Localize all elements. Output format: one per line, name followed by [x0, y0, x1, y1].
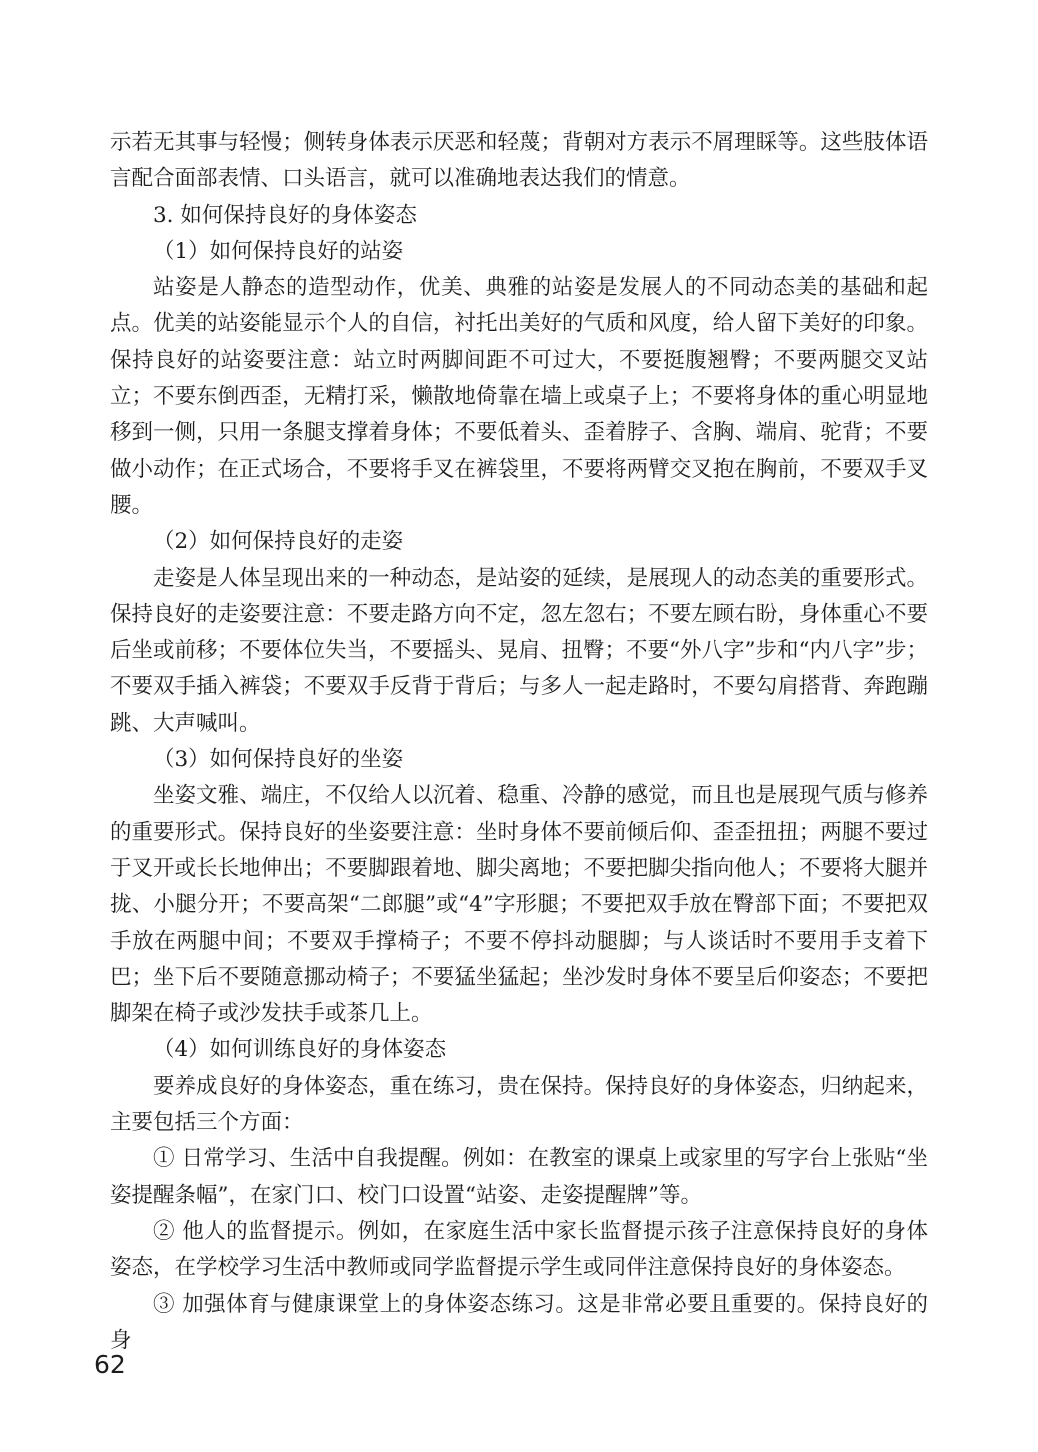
paragraph: ① 日常学习、生活中自我提醒。例如：在教室的课桌上或家里的写字台上张贴“坐姿提醒… [110, 1141, 928, 1214]
paragraph: 坐姿文雅、端庄，不仅给人以沉着、稳重、冷静的感觉，而且也是展现气质与修养的重要形… [110, 778, 928, 1032]
paragraph: （2）如何保持良好的走姿 [110, 524, 928, 560]
paragraph: ③ 加强体育与健康课堂上的身体姿态练习。这是非常必要且重要的。保持良好的身 [110, 1287, 928, 1360]
paragraph: 要养成良好的身体姿态，重在练习，贵在保持。保持良好的身体姿态，归纳起来，主要包括… [110, 1069, 928, 1142]
page-background: 示若无其事与轻慢；侧转身体表示厌恶和轻蔑；背朝对方表示不屑理睬等。这些肢体语言配… [0, 0, 1038, 1452]
paragraph: 示若无其事与轻慢；侧转身体表示厌恶和轻蔑；背朝对方表示不屑理睬等。这些肢体语言配… [110, 125, 928, 198]
paragraph: 站姿是人静态的造型动作，优美、典雅的站姿是发展人的不同动态美的基础和起点。优美的… [110, 270, 928, 524]
paragraph: （1）如何保持良好的站姿 [110, 234, 928, 270]
paragraph: 走姿是人体呈现出来的一种动态，是站姿的延续，是展现人的动态美的重要形式。保持良好… [110, 561, 928, 742]
paragraph: （3）如何保持良好的坐姿 [110, 742, 928, 778]
paragraph: ② 他人的监督提示。例如，在家庭生活中家长监督提示孩子注意保持良好的身体姿态，在… [110, 1214, 928, 1287]
paragraph: 3. 如何保持良好的身体姿态 [110, 198, 928, 234]
paragraph: （4）如何训练良好的身体姿态 [110, 1032, 928, 1068]
body-text: 示若无其事与轻慢；侧转身体表示厌恶和轻蔑；背朝对方表示不屑理睬等。这些肢体语言配… [110, 125, 928, 1359]
page-number: 62 [94, 1350, 126, 1380]
document-page: { "page": { "number": "62", "paragraphs"… [0, 0, 1038, 1452]
